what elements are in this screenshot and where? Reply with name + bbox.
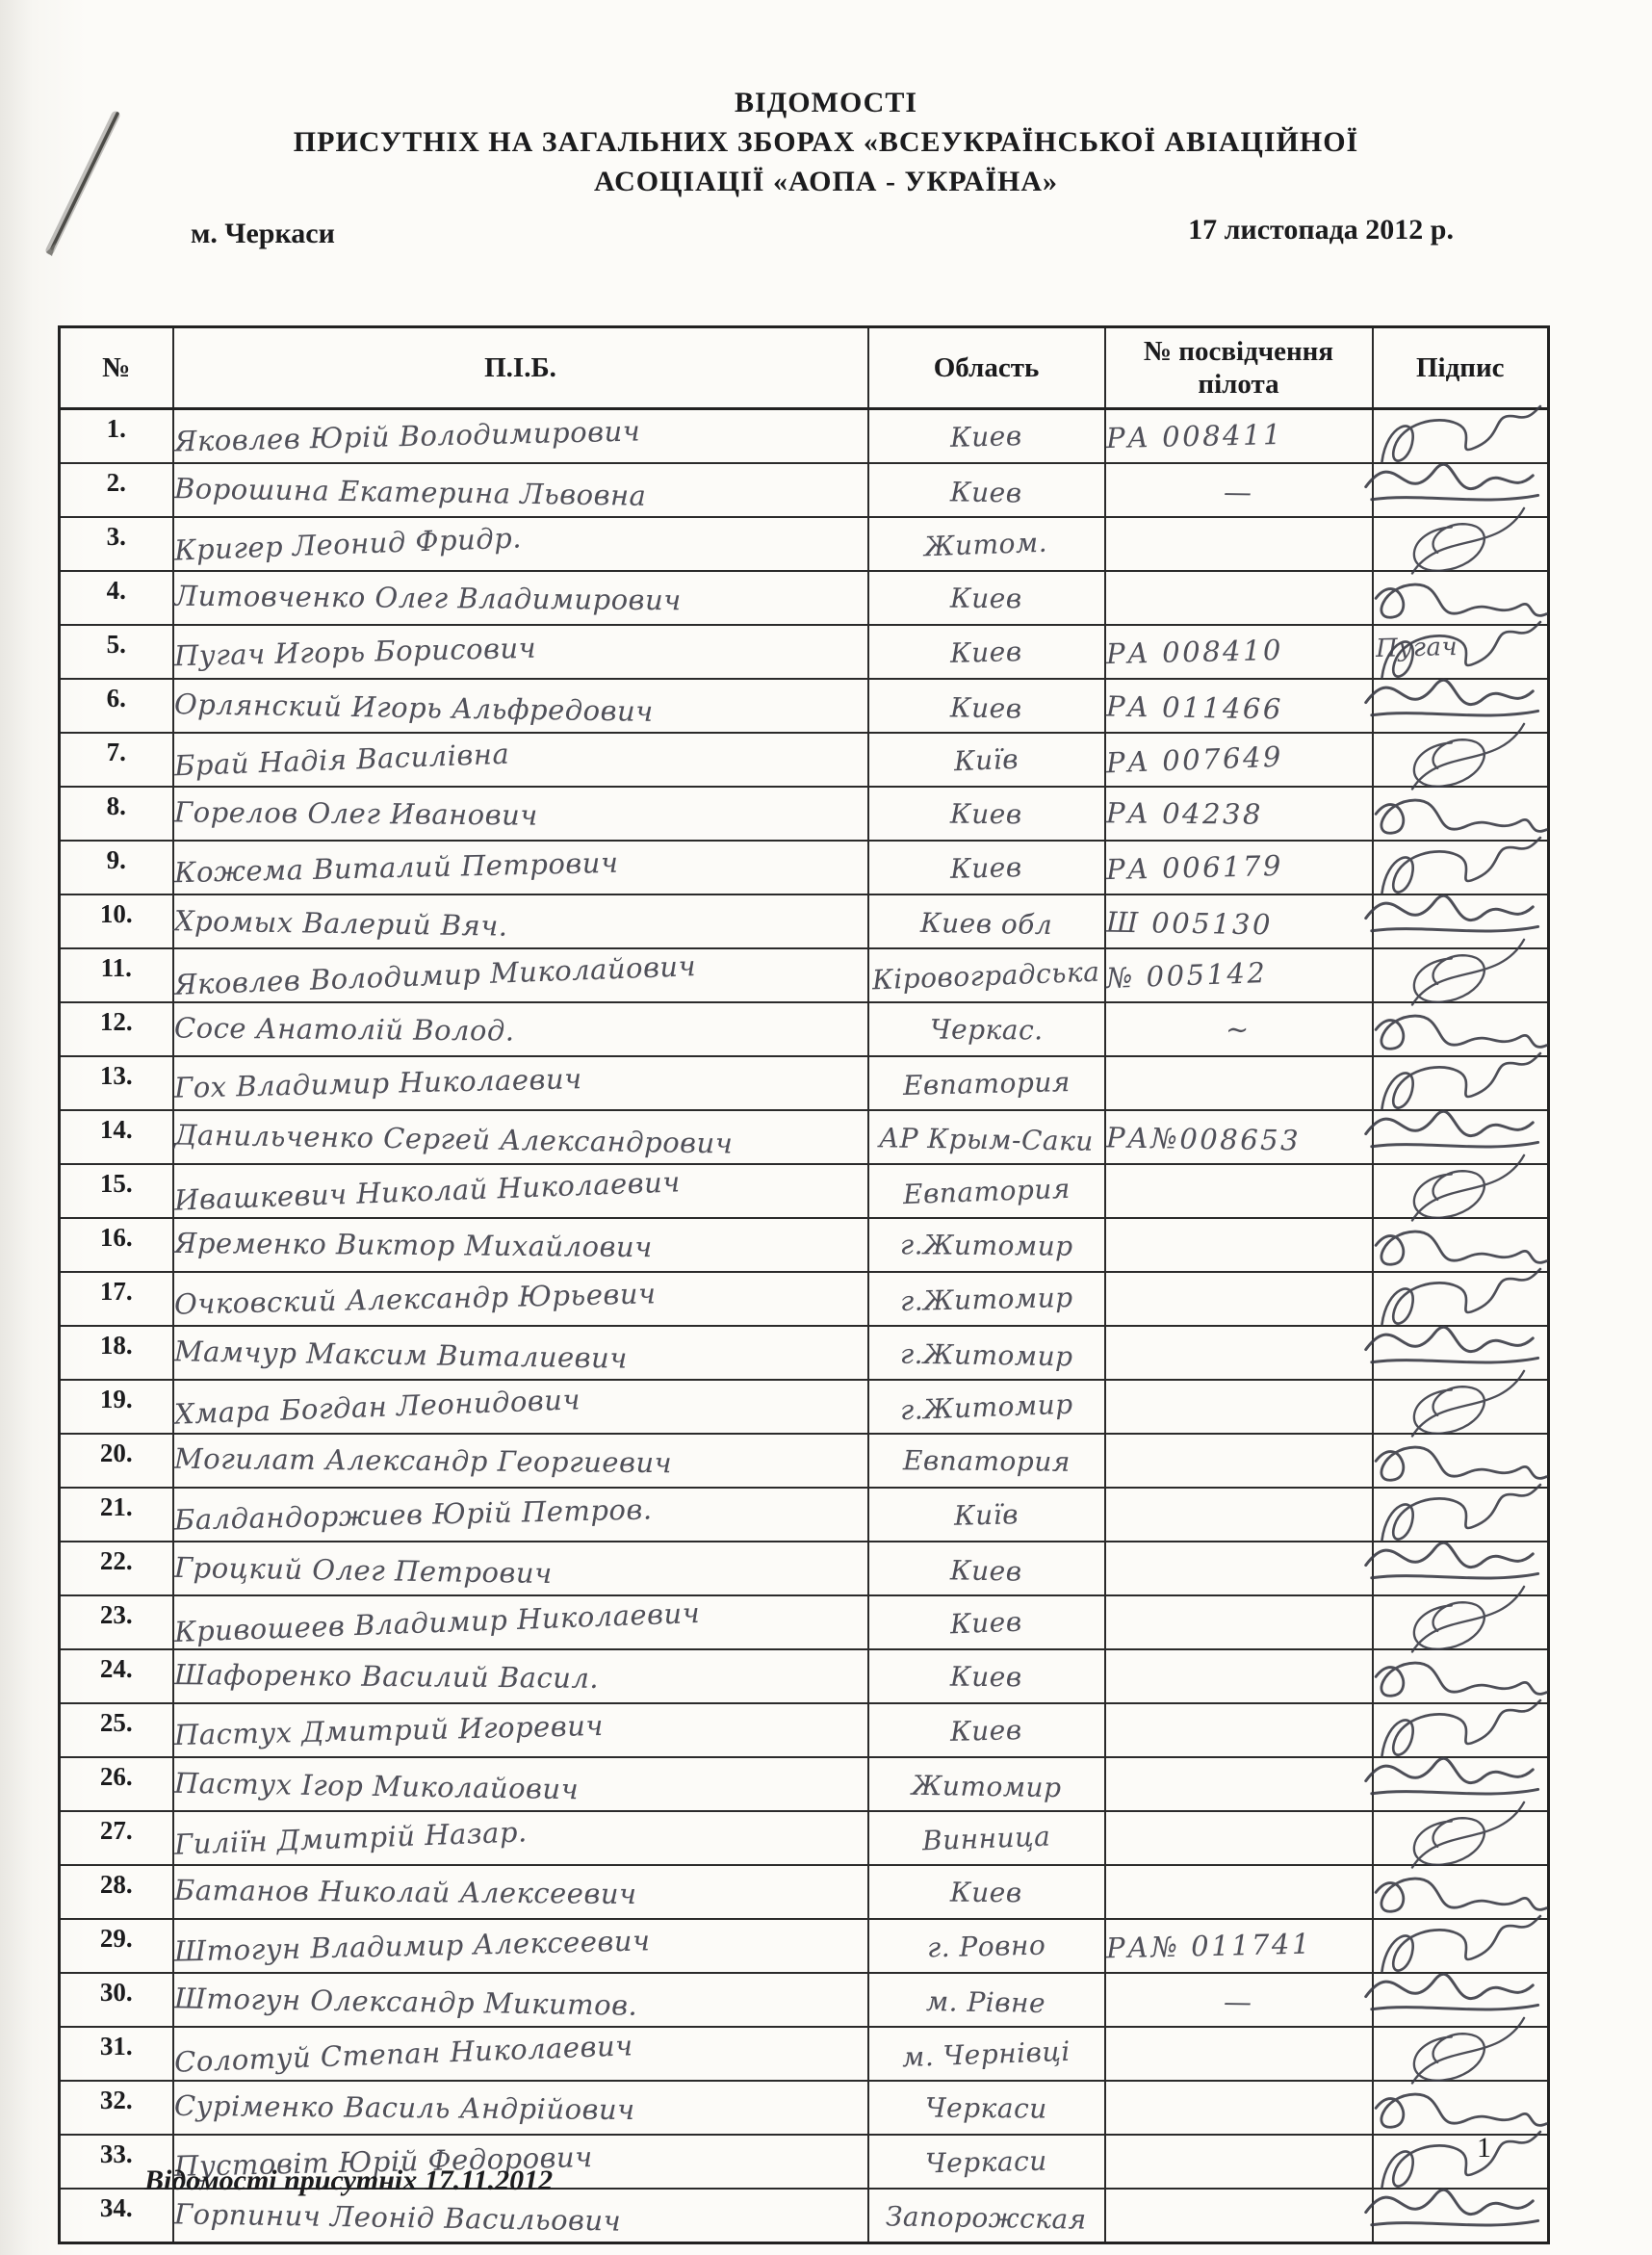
attendee-name-cell: Пастух Ігор Миколайович — [173, 1757, 868, 1811]
pilot-certificate-cell — [1105, 1380, 1373, 1434]
attendee-region-handwriting: Евпатория — [902, 1172, 1071, 1209]
table-row: 31. Солотуй Степан Николаевич м. Чернівц… — [60, 2027, 1549, 2081]
title-line-1: ВІДОМОСТІ — [0, 83, 1652, 122]
attendee-region-cell: Киев — [868, 1703, 1105, 1757]
pilot-certificate-cell: РА 04238 — [1105, 787, 1373, 841]
footer-note: Відомості присутніх 17.11.2012 — [144, 2164, 553, 2197]
pilot-certificate-cell: РА 008411 — [1105, 409, 1373, 464]
attendee-name-cell: Яременко Виктор Михайлович — [173, 1218, 868, 1272]
table-row: 11. Яковлев Володимир Миколайович Кірово… — [60, 948, 1549, 1002]
attendee-name-handwriting: Ивашкевич Николай Николаевич — [173, 1165, 681, 1216]
attendee-region-cell: г.Житомир — [868, 1272, 1105, 1326]
attendee-name-handwriting: Хромых Валерий Вяч. — [173, 904, 507, 942]
row-number: 14. — [100, 1115, 133, 1145]
table-row: 30. Штогун Олександр Микитов. м. Рівне — — [60, 1973, 1549, 2027]
attendee-region-handwriting: Черкас. — [930, 1013, 1044, 1046]
row-number: 10. — [100, 899, 133, 929]
table-row: 20. Могилат Александр Георгиевич Евпатор… — [60, 1434, 1549, 1488]
attendee-region-handwriting: м. Рівне — [926, 1985, 1046, 2019]
table-row: 8. Горелов Олег Иванович Киев РА 04238 — [60, 787, 1549, 841]
pilot-certificate-cell: РА 008410 — [1105, 625, 1373, 679]
attendee-region-cell: Евпатория — [868, 1056, 1105, 1110]
attendee-name-cell: Яковлев Юрій Володимирович — [173, 409, 868, 464]
row-number: 8. — [107, 791, 126, 821]
attendee-region-handwriting: Черкаси — [925, 2091, 1047, 2124]
row-number: 7. — [107, 738, 126, 767]
row-number: 11. — [101, 953, 132, 983]
row-number-cell: 21. — [60, 1488, 173, 1542]
row-number: 22. — [100, 1546, 133, 1576]
row-number-cell: 16. — [60, 1218, 173, 1272]
table-row: 15. Ивашкевич Николай Николаевич Евпатор… — [60, 1164, 1549, 1218]
row-number: 12. — [100, 1007, 133, 1037]
pilot-certificate-handwriting: РА 008411 — [1105, 418, 1283, 454]
signature-text-handwriting: Пугач — [1375, 633, 1458, 663]
row-number: 1. — [107, 414, 126, 444]
attendee-name-handwriting: Горелов Олег Иванович — [173, 795, 537, 831]
attendee-name-handwriting: Пастух Ігор Миколайович — [173, 1767, 579, 1806]
pilot-certificate-handwriting: РА№008653 — [1105, 1121, 1301, 1156]
row-number-cell: 32. — [60, 2081, 173, 2135]
attendee-region-handwriting: Киев — [950, 1660, 1022, 1693]
attendee-region-handwriting: Киев — [950, 420, 1022, 454]
attendee-region-cell: Евпатория — [868, 1434, 1105, 1488]
attendee-name-cell: Штогун Владимир Алексеевич — [173, 1919, 868, 1973]
attendee-name-handwriting: Гроцкий Олег Петрович — [173, 1551, 552, 1590]
pilot-certificate-cell: № 005142 — [1105, 948, 1373, 1002]
pilot-certificate-cell — [1105, 1434, 1373, 1488]
scanned-page: ВІДОМОСТІ ПРИСУТНІХ НА ЗАГАЛЬНИХ ЗБОРАХ … — [0, 0, 1652, 2255]
pilot-certificate-cell — [1105, 1272, 1373, 1326]
row-number-cell: 29. — [60, 1919, 173, 1973]
meeting-date: 17 листопада 2012 р. — [1188, 214, 1454, 246]
row-number: 18. — [100, 1331, 133, 1361]
table-row: 10. Хромых Валерий Вяч. Киев обл Ш 00513… — [60, 894, 1549, 948]
attendee-name-handwriting: Яковлев Юрій Володимирович — [173, 415, 640, 458]
pilot-certificate-handwriting: РА 008410 — [1105, 634, 1283, 670]
row-number: 20. — [100, 1439, 133, 1468]
pilot-certificate-cell: РА 007649 — [1105, 733, 1373, 787]
attendee-name-handwriting: Орлянский Игорь Альфредович — [173, 687, 653, 728]
attendee-region-handwriting: Житом. — [924, 526, 1048, 562]
pilot-certificate-cell — [1105, 2189, 1373, 2243]
attendee-region-cell: Киев — [868, 463, 1105, 517]
pilot-certificate-cell — [1105, 1164, 1373, 1218]
row-number-cell: 20. — [60, 1434, 173, 1488]
attendee-region-handwriting: Киев — [950, 635, 1022, 669]
attendee-name-cell: Брай Надія Василівна — [173, 733, 868, 787]
document-title: ВІДОМОСТІ ПРИСУТНІХ НА ЗАГАЛЬНИХ ЗБОРАХ … — [0, 83, 1652, 201]
row-number: 21. — [100, 1492, 133, 1522]
row-number: 33. — [100, 2139, 133, 2169]
attendee-name-cell: Яковлев Володимир Миколайович — [173, 948, 868, 1002]
table-row: 28. Батанов Николай Алексеевич Киев — [60, 1865, 1549, 1919]
attendee-region-handwriting: Киев — [950, 1714, 1022, 1748]
attendee-name-cell: Могилат Александр Георгиевич — [173, 1434, 868, 1488]
attendee-region-handwriting: Евпатория — [902, 1066, 1071, 1102]
attendee-name-cell: Кожема Виталий Петрович — [173, 841, 868, 894]
table-row: 3. Кригер Леонид Фридр. Житом. — [60, 517, 1549, 571]
row-number-cell: 31. — [60, 2027, 173, 2081]
attendee-region-cell: м. Рівне — [868, 1973, 1105, 2027]
table-row: 16. Яременко Виктор Михайлович г.Житомир — [60, 1218, 1549, 1272]
row-number-cell: 5. — [60, 625, 173, 679]
pilot-certificate-cell — [1105, 1865, 1373, 1919]
attendee-region-cell: Киев — [868, 787, 1105, 841]
table-row: 9. Кожема Виталий Петрович Киев РА 00617… — [60, 841, 1549, 894]
table-row: 6. Орлянский Игорь Альфредович Киев РА 0… — [60, 679, 1549, 733]
table-row: 4. Литовченко Олег Владимирович Киев — [60, 571, 1549, 625]
attendee-region-handwriting: Киев — [950, 797, 1022, 830]
row-number: 24. — [100, 1654, 133, 1684]
pilot-certificate-cell: РА 011466 — [1105, 679, 1373, 733]
attendee-name-cell: Кривошеев Владимир Николаевич — [173, 1595, 868, 1649]
attendee-region-cell: Запорожская — [868, 2189, 1105, 2243]
attendee-region-cell: Киев — [868, 841, 1105, 894]
table-row: 27. Гиліїн Дмитрій Назар. Винница — [60, 1811, 1549, 1865]
attendee-name-cell: Шафоренко Василий Васил. — [173, 1649, 868, 1703]
pilot-certificate-cell — [1105, 571, 1373, 625]
pilot-certificate-handwriting: РА 007649 — [1105, 740, 1283, 780]
pilot-certificate-handwriting: РА№ 011741 — [1105, 1928, 1312, 1965]
attendee-region-handwriting: г.Житомир — [900, 1229, 1073, 1262]
attendee-region-cell: Винница — [868, 1811, 1105, 1865]
attendee-region-cell: Киев — [868, 625, 1105, 679]
row-number: 4. — [107, 576, 126, 606]
row-number-cell: 10. — [60, 894, 173, 948]
attendee-region-handwriting: г.Житомир — [899, 1337, 1072, 1372]
attendee-name-cell: Очковский Александр Юрьевич — [173, 1272, 868, 1326]
row-number: 28. — [100, 1870, 133, 1900]
attendee-name-cell: Орлянский Игорь Альфредович — [173, 679, 868, 733]
meeting-city: м. Черкаси — [191, 218, 335, 250]
attendee-name-cell: Ивашкевич Николай Николаевич — [173, 1164, 868, 1218]
attendee-region-handwriting: м. Чернівці — [902, 2035, 1071, 2072]
attendee-name-cell: Литовченко Олег Владимирович — [173, 571, 868, 625]
attendee-name-cell: Горелов Олег Иванович — [173, 787, 868, 841]
pilot-certificate-cell — [1105, 1218, 1373, 1272]
attendee-region-cell: Черкас. — [868, 1002, 1105, 1056]
attendee-region-handwriting: г.Житомир — [899, 1281, 1072, 1316]
attendee-region-handwriting: Киев — [950, 1554, 1022, 1587]
row-number-cell: 22. — [60, 1542, 173, 1595]
attendee-region-cell: Київ — [868, 733, 1105, 787]
attendee-region-handwriting: Киев обл — [920, 906, 1053, 940]
attendee-name-cell: Пастух Дмитрий Игоревич — [173, 1703, 868, 1757]
row-number-cell: 6. — [60, 679, 173, 733]
col-header-certificate: № посвідчення пілота — [1105, 327, 1373, 409]
row-number-cell: 24. — [60, 1649, 173, 1703]
attendee-name-cell: Хмара Богдан Леонидович — [173, 1380, 868, 1434]
attendee-region-cell: Черкаси — [868, 2081, 1105, 2135]
attendee-region-handwriting: Киев — [950, 1876, 1022, 1908]
attendee-name-handwriting: Кривошеев Владимир Николаевич — [173, 1596, 700, 1648]
table-row: 17. Очковский Александр Юрьевич г.Житоми… — [60, 1272, 1549, 1326]
pilot-certificate-cell — [1105, 517, 1373, 571]
row-number-cell: 12. — [60, 1002, 173, 1056]
pilot-certificate-cell — [1105, 1649, 1373, 1703]
attendee-region-handwriting: Житомир — [911, 1769, 1061, 1802]
pilot-certificate-cell: РА 006179 — [1105, 841, 1373, 894]
attendee-name-handwriting: Суріменко Василь Андрійович — [173, 2089, 634, 2126]
row-number: 5. — [107, 630, 126, 660]
attendee-name-handwriting: Пугач Игорь Борисович — [173, 632, 536, 673]
attendee-region-handwriting: Киев — [950, 1605, 1023, 1640]
row-number-cell: 17. — [60, 1272, 173, 1326]
row-number: 16. — [100, 1223, 133, 1253]
attendee-name-handwriting: Яковлев Володимир Миколайович — [173, 949, 696, 1001]
attendee-name-cell: Суріменко Василь Андрійович — [173, 2081, 868, 2135]
row-number-cell: 25. — [60, 1703, 173, 1757]
attendee-region-cell: АР Крым-Саки — [868, 1110, 1105, 1164]
pilot-certificate-cell: РА№008653 — [1105, 1110, 1373, 1164]
attendee-region-cell: Киев — [868, 1542, 1105, 1595]
attendee-region-handwriting: Київ — [954, 1498, 1020, 1532]
pilot-certificate-cell — [1105, 2027, 1373, 2081]
attendee-name-handwriting: Хмара Богдан Леонидович — [173, 1383, 581, 1430]
attendee-region-cell: Житомир — [868, 1757, 1105, 1811]
attendee-name-handwriting: Батанов Николай Алексеевич — [173, 1874, 636, 1910]
attendee-region-handwriting: Киев — [950, 582, 1022, 614]
attendee-region-cell: м. Чернівці — [868, 2027, 1105, 2081]
attendee-name-handwriting: Сосе Анатолій Волод. — [173, 1011, 514, 1047]
row-number-cell: 28. — [60, 1865, 173, 1919]
row-number: 2. — [107, 468, 126, 498]
row-number-cell: 23. — [60, 1595, 173, 1649]
attendee-region-cell: Кіровоградська — [868, 948, 1105, 1002]
row-number-cell: 8. — [60, 787, 173, 841]
pilot-certificate-cell: ~ — [1105, 1002, 1373, 1056]
row-number-cell: 3. — [60, 517, 173, 571]
attendee-region-cell: Черкаси — [868, 2135, 1105, 2189]
col-header-num: № — [60, 327, 173, 409]
row-number: 13. — [100, 1061, 133, 1091]
row-number: 32. — [100, 2086, 133, 2115]
col-header-name: П.І.Б. — [173, 327, 868, 409]
pilot-certificate-handwriting: РА 011466 — [1105, 690, 1282, 726]
attendee-name-handwriting: Шафоренко Василий Васил. — [173, 1658, 598, 1695]
attendee-name-handwriting: Балдандоржиев Юрій Петров. — [173, 1492, 652, 1536]
attendee-name-handwriting: Данильченко Сергей Александрович — [173, 1118, 733, 1159]
row-number-cell: 14. — [60, 1110, 173, 1164]
table-row: 7. Брай Надія Василівна Київ РА 007649 — [60, 733, 1549, 787]
row-number-cell: 11. — [60, 948, 173, 1002]
attendee-region-handwriting: Запорожская — [886, 2200, 1087, 2235]
page-number: 1 — [1477, 2132, 1491, 2164]
attendee-region-cell: Евпатория — [868, 1164, 1105, 1218]
pilot-certificate-cell — [1105, 2135, 1373, 2189]
table-row: 2. Ворошина Екатерина Львовна Киев — — [60, 463, 1549, 517]
table-header-row: № П.І.Б. Область № посвідчення пілота Пі… — [60, 327, 1549, 409]
table-row: 21. Балдандоржиев Юрій Петров. Київ — [60, 1488, 1549, 1542]
attendance-table: № П.І.Б. Область № посвідчення пілота Пі… — [58, 325, 1550, 2244]
pilot-certificate-handwriting: РА 006179 — [1105, 849, 1283, 886]
attendee-region-handwriting: Київ — [953, 742, 1019, 776]
attendee-region-cell: Киев — [868, 679, 1105, 733]
attendee-region-handwriting: Черкаси — [925, 2144, 1047, 2179]
attendee-region-cell: Киев — [868, 1649, 1105, 1703]
pilot-certificate-cell: РА№ 011741 — [1105, 1919, 1373, 1973]
attendee-name-cell: Кригер Леонид Фридр. — [173, 517, 868, 571]
row-number: 19. — [100, 1385, 133, 1414]
attendee-name-cell: Солотуй Степан Николаевич — [173, 2027, 868, 2081]
pilot-certificate-handwriting: № 005142 — [1105, 956, 1268, 995]
signature-cell — [1373, 2189, 1549, 2243]
attendee-region-cell: г.Житомир — [868, 1326, 1105, 1380]
attendee-name-handwriting: Горпинич Леонід Васильович — [173, 2197, 621, 2237]
attendee-region-cell: Киев — [868, 1865, 1105, 1919]
pilot-certificate-cell — [1105, 1326, 1373, 1380]
row-number: 25. — [100, 1708, 133, 1738]
attendee-region-cell: Киев обл — [868, 894, 1105, 948]
attendee-region-cell: г.Житомир — [868, 1380, 1105, 1434]
attendee-name-cell: Гох Владимир Николаевич — [173, 1056, 868, 1110]
row-number: 15. — [100, 1169, 133, 1199]
attendee-region-cell: Киев — [868, 1595, 1105, 1649]
attendee-name-cell: Штогун Олександр Микитов. — [173, 1973, 868, 2027]
attendee-region-handwriting: г.Житомир — [899, 1387, 1073, 1426]
pilot-certificate-cell — [1105, 1757, 1373, 1811]
row-number-cell: 30. — [60, 1973, 173, 2027]
row-number-cell: 26. — [60, 1757, 173, 1811]
attendee-name-cell: Гроцкий Олег Петрович — [173, 1542, 868, 1595]
pilot-certificate-cell — [1105, 1542, 1373, 1595]
attendee-name-cell: Ворошина Екатерина Львовна — [173, 463, 868, 517]
row-number-cell: 18. — [60, 1326, 173, 1380]
attendee-region-handwriting: Киев — [950, 691, 1022, 724]
table-row: 26. Пастух Ігор Миколайович Житомир — [60, 1757, 1549, 1811]
title-line-2: ПРИСУТНІХ НА ЗАГАЛЬНИХ ЗБОРАХ «ВСЕУКРАЇН… — [0, 122, 1652, 162]
attendee-name-handwriting: Брай Надія Василівна — [173, 738, 509, 783]
col-header-region: Область — [868, 327, 1105, 409]
title-line-3: АСОЦІАЦІЇ «АОПА - УКРАЇНА» — [0, 162, 1652, 201]
row-number: 9. — [107, 845, 126, 875]
attendee-name-cell: Гиліїн Дмитрій Назар. — [173, 1811, 868, 1865]
pilot-certificate-cell — [1105, 1056, 1373, 1110]
row-number: 31. — [100, 2032, 133, 2061]
pilot-certificate-cell: Ш 005130 — [1105, 894, 1373, 948]
attendee-name-cell: Батанов Николай Алексеевич — [173, 1865, 868, 1919]
attendee-name-cell: Данильченко Сергей Александрович — [173, 1110, 868, 1164]
attendee-region-handwriting: Киев — [950, 851, 1022, 885]
table-row: 1. Яковлев Юрій Володимирович Киев РА 00… — [60, 409, 1549, 464]
row-number: 23. — [100, 1600, 133, 1630]
pilot-certificate-cell — [1105, 1488, 1373, 1542]
attendee-name-handwriting: Могилат Александр Георгиевич — [173, 1442, 671, 1480]
attendee-region-handwriting: АР Крым-Саки — [879, 1122, 1094, 1156]
pilot-certificate-cell — [1105, 1595, 1373, 1649]
attendee-name-handwriting: Гох Владимир Николаевич — [173, 1062, 581, 1104]
table-row: 29. Штогун Владимир Алексеевич г. Ровно … — [60, 1919, 1549, 1973]
row-number-cell: 19. — [60, 1380, 173, 1434]
attendee-name-cell: Пугач Игорь Борисович — [173, 625, 868, 679]
table-row: 19. Хмара Богдан Леонидович г.Житомир — [60, 1380, 1549, 1434]
attendee-name-cell: Мамчур Максим Виталиевич — [173, 1326, 868, 1380]
attendee-name-handwriting: Штогун Владимир Алексеевич — [173, 1924, 650, 1967]
row-number: 27. — [100, 1816, 133, 1846]
table-row: 25. Пастух Дмитрий Игоревич Киев — [60, 1703, 1549, 1757]
pilot-certificate-handwriting: ~ — [1226, 1013, 1252, 1046]
pilot-certificate-cell — [1105, 1703, 1373, 1757]
table-row: 24. Шафоренко Василий Васил. Киев — [60, 1649, 1549, 1703]
row-number: 26. — [100, 1762, 133, 1792]
table-row: 22. Гроцкий Олег Петрович Киев — [60, 1542, 1549, 1595]
attendee-region-cell: г.Житомир — [868, 1218, 1105, 1272]
row-number-cell: 2. — [60, 463, 173, 517]
attendee-region-cell: г. Ровно — [868, 1919, 1105, 1973]
pilot-certificate-handwriting: РА 04238 — [1105, 796, 1262, 830]
attendee-name-handwriting: Пастух Дмитрий Игоревич — [173, 1709, 604, 1751]
row-number-cell: 1. — [60, 409, 173, 464]
row-number: 29. — [100, 1924, 133, 1954]
attendee-region-handwriting: Киев — [950, 476, 1022, 508]
table-row: 12. Сосе Анатолій Волод. Черкас. ~ — [60, 1002, 1549, 1056]
pilot-certificate-cell — [1105, 1811, 1373, 1865]
attendee-name-handwriting: Очковский Александр Юрьевич — [173, 1277, 656, 1320]
attendee-name-handwriting: Гиліїн Дмитрій Назар. — [173, 1815, 528, 1860]
attendee-name-handwriting: Солотуй Степан Николаевич — [173, 2029, 633, 2078]
table-row: 13. Гох Владимир Николаевич Евпатория — [60, 1056, 1549, 1110]
table-row: 5. Пугач Игорь Борисович Киев РА 008410 … — [60, 625, 1549, 679]
row-number-cell: 27. — [60, 1811, 173, 1865]
row-number-cell: 7. — [60, 733, 173, 787]
attendee-name-handwriting: Мамчур Максим Виталиевич — [173, 1335, 627, 1374]
pilot-certificate-handwriting: — — [1223, 1985, 1253, 2018]
attendee-name-handwriting: Яременко Виктор Михайлович — [173, 1227, 652, 1263]
attendee-name-handwriting: Кригер Леонид Фридр. — [173, 521, 522, 566]
table-row: 18. Мамчур Максим Виталиевич г.Житомир — [60, 1326, 1549, 1380]
row-number: 30. — [100, 1978, 133, 2008]
row-number-cell: 9. — [60, 841, 173, 894]
attendee-region-cell: Киев — [868, 409, 1105, 464]
table-row: 14. Данильченко Сергей Александрович АР … — [60, 1110, 1549, 1164]
pilot-certificate-handwriting: — — [1223, 476, 1253, 508]
attendee-region-handwriting: Евпатория — [902, 1444, 1070, 1478]
pilot-certificate-cell — [1105, 2081, 1373, 2135]
row-number: 17. — [100, 1277, 133, 1307]
row-number: 34. — [100, 2193, 133, 2223]
attendee-name-cell: Сосе Анатолій Волод. — [173, 1002, 868, 1056]
attendee-name-cell: Хромых Валерий Вяч. — [173, 894, 868, 948]
attendee-region-handwriting: Винница — [921, 1820, 1050, 1856]
row-number: 6. — [107, 684, 126, 713]
attendee-name-handwriting: Литовченко Олег Владимирович — [173, 580, 681, 617]
row-number-cell: 4. — [60, 571, 173, 625]
attendee-region-cell: Киев — [868, 571, 1105, 625]
attendee-region-cell: Київ — [868, 1488, 1105, 1542]
row-number-cell: 15. — [60, 1164, 173, 1218]
pilot-certificate-handwriting: Ш 005130 — [1105, 906, 1273, 942]
attendee-name-cell: Балдандоржиев Юрій Петров. — [173, 1488, 868, 1542]
pilot-certificate-cell: — — [1105, 1973, 1373, 2027]
table-row: 23. Кривошеев Владимир Николаевич Киев — [60, 1595, 1549, 1649]
pilot-certificate-cell: — — [1105, 463, 1373, 517]
table-row: 32. Суріменко Василь Андрійович Черкаси — [60, 2081, 1549, 2135]
attendee-region-handwriting: г. Ровно — [927, 1929, 1046, 1963]
attendee-name-handwriting: Штогун Олександр Микитов. — [173, 1982, 637, 2022]
attendee-region-cell: Житом. — [868, 517, 1105, 571]
attendee-region-handwriting: Кіровоградська — [872, 955, 1100, 996]
row-number: 3. — [107, 522, 126, 552]
row-number-cell: 13. — [60, 1056, 173, 1110]
attendee-name-handwriting: Кожема Виталий Петрович — [173, 846, 618, 889]
attendee-name-handwriting: Ворошина Екатерина Львовна — [173, 472, 646, 512]
